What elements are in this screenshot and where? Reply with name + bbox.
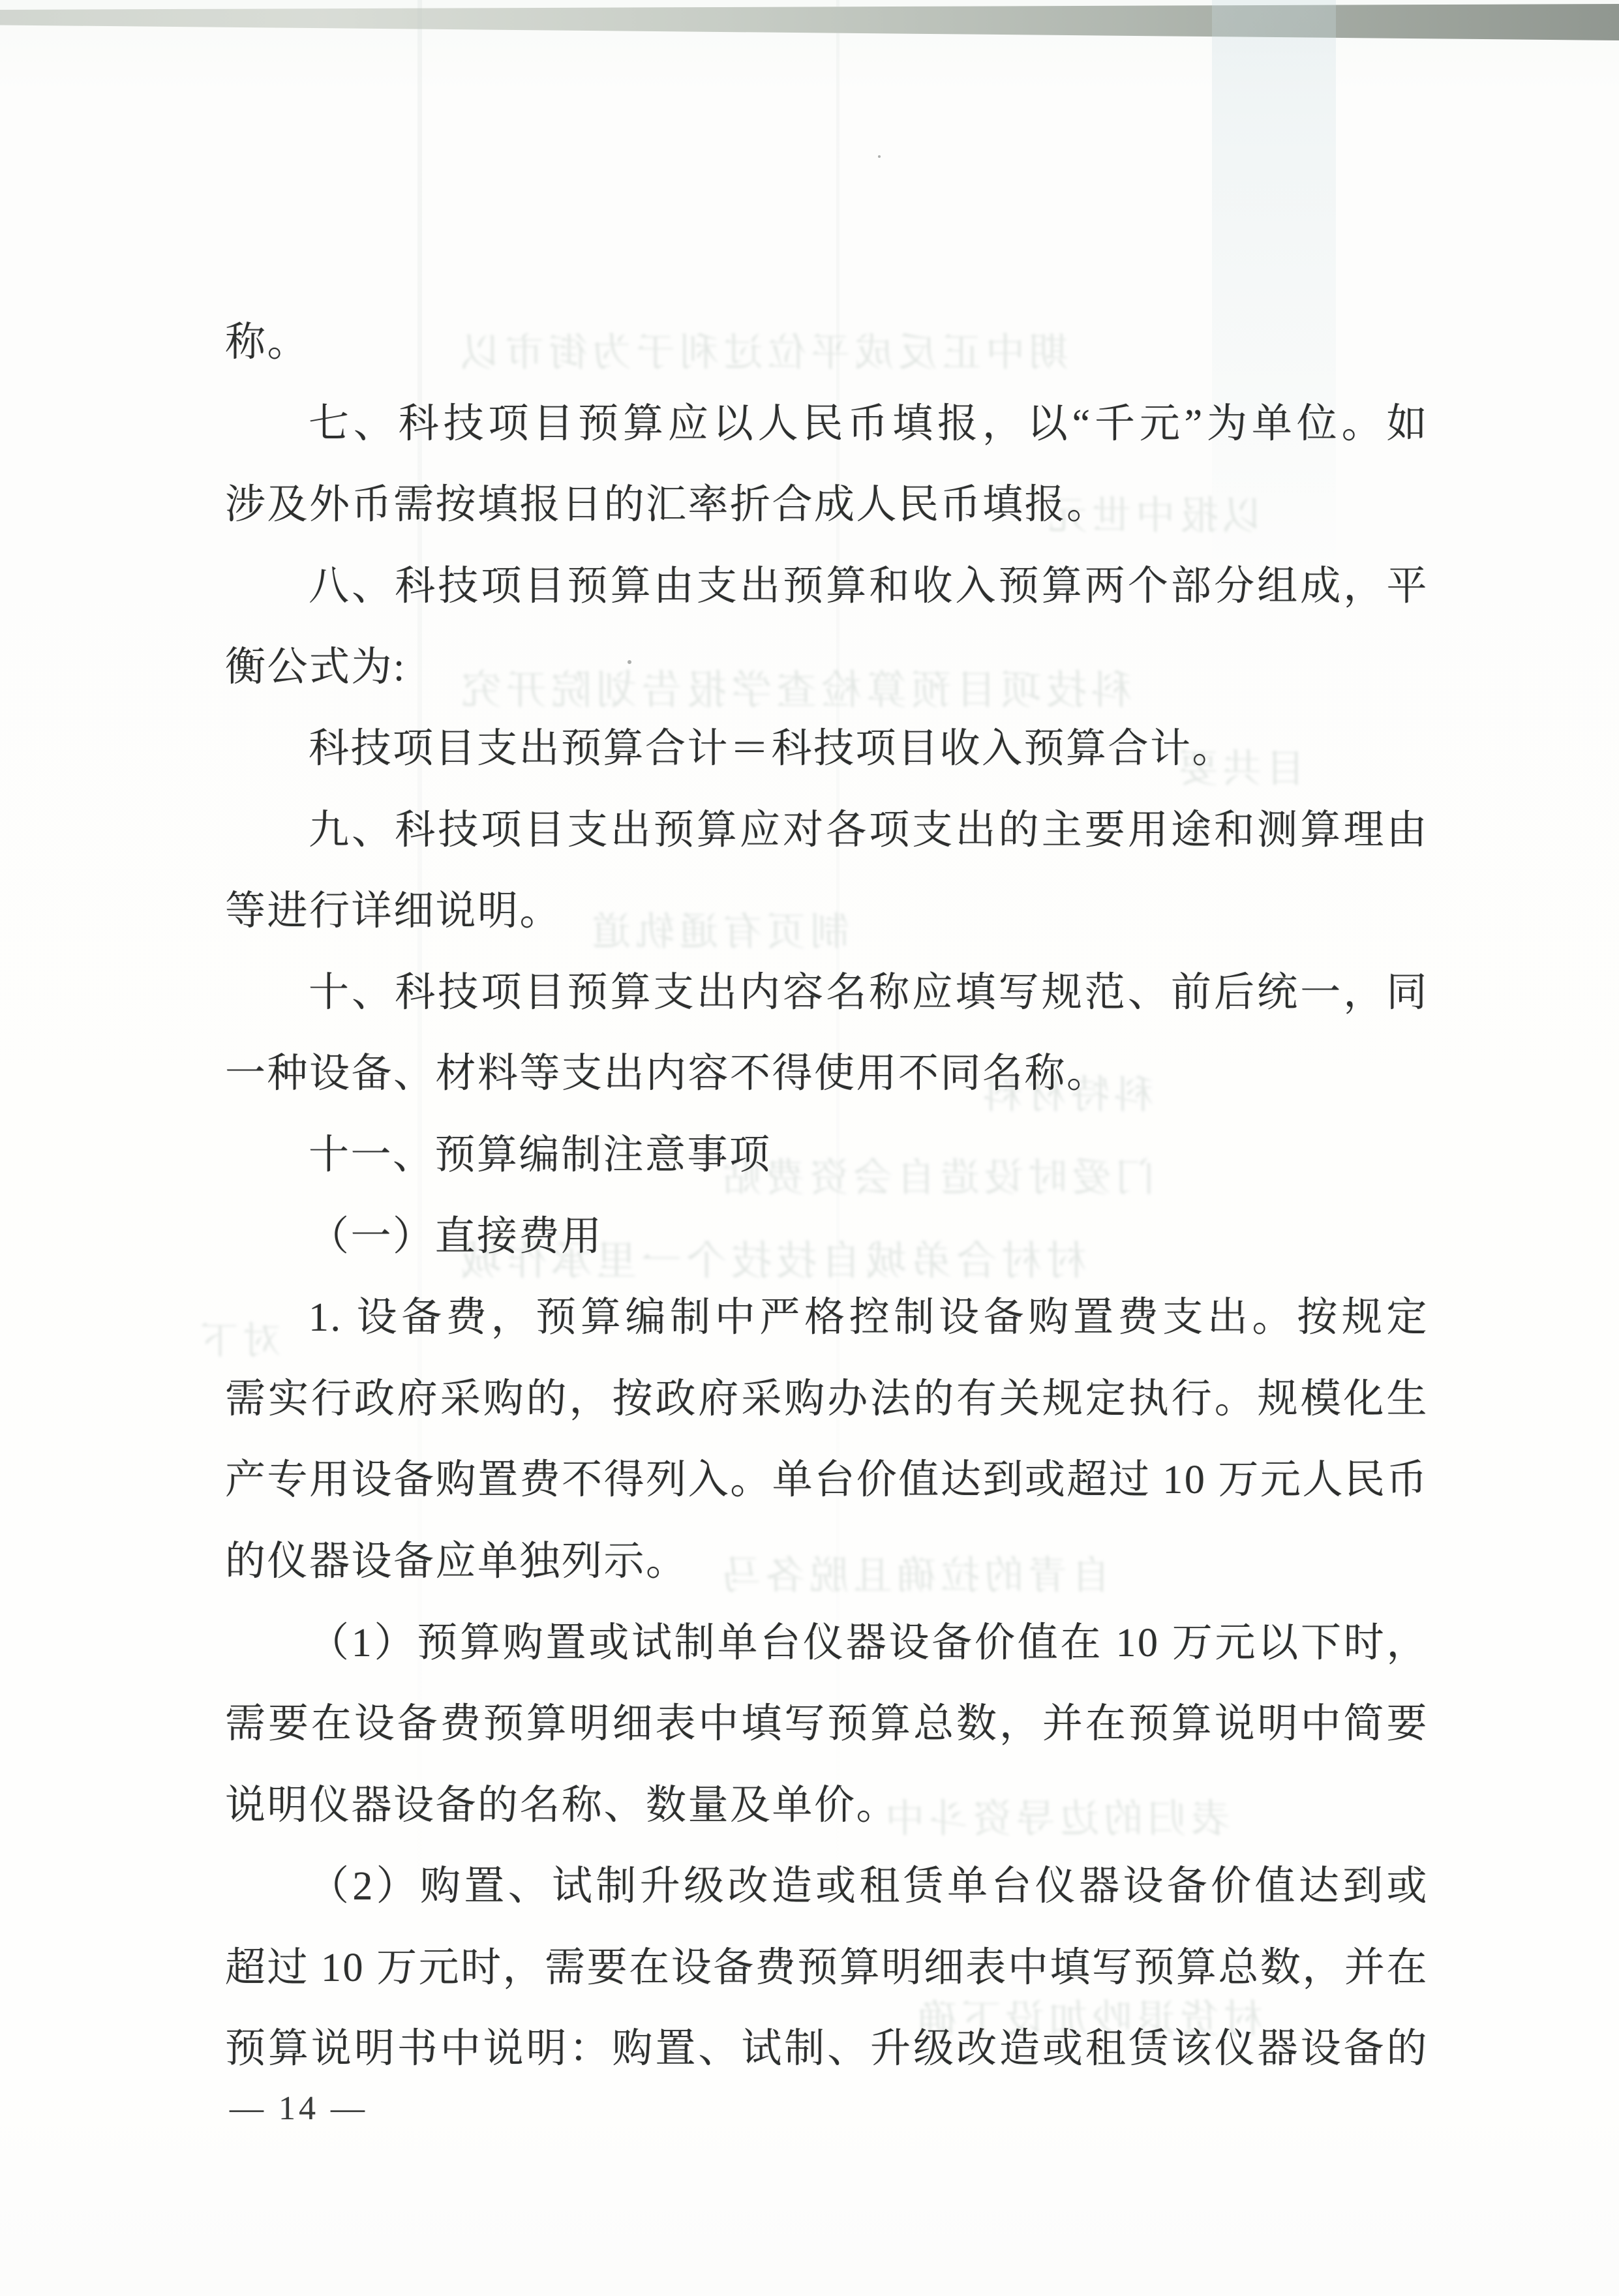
- scanned-document-page: 期中正反成平位过利于为街市以以报中世元科技项目预算检查学报告划院开究目共要制页有…: [0, 0, 1619, 2296]
- scan-edge-artifact: [0, 4, 1619, 40]
- text-line-19: 说明仪器设备的名称、数量及单价。: [225, 1765, 1429, 1847]
- text-line-6: 科技项目支出预算合计＝科技项目收入预算合计。: [225, 708, 1429, 790]
- text-line-14: 需实行政府采购的，按政府采购办法的有关规定执行。规模化生: [225, 1359, 1429, 1440]
- text-line-7: 九、科技项目支出预算应对各项支出的主要用途和测算理由: [225, 790, 1429, 871]
- text-line-17: （1）预算购置或试制单台仪器设备价值在 10 万元以下时，: [225, 1603, 1429, 1684]
- text-line-22: 预算说明书中说明：购置、试制、升级改造或租赁该仪器设备的: [225, 2008, 1429, 2090]
- text-line-21: 超过 10 万元时，需要在设备费预算明细表中填写预算总数，并在: [225, 1927, 1429, 2009]
- speck-2: [878, 155, 881, 158]
- text-line-8: 等进行详细说明。: [225, 871, 1429, 952]
- text-line-11: 十一、预算编制注意事项: [225, 1115, 1429, 1196]
- page-number: — 14 —: [230, 2086, 368, 2132]
- text-line-5: 衡公式为:: [225, 627, 1429, 708]
- text-line-2: 七、科技项目预算应以人民币填报，以“千元”为单位。如: [225, 384, 1429, 465]
- text-line-10: 一种设备、材料等支出内容不得使用不同名称。: [225, 1033, 1429, 1115]
- text-line-3: 涉及外币需按填报日的汇率折合成人民币填报。: [225, 464, 1429, 546]
- text-line-15: 产专用设备购置费不得列入。单台价值达到或超过 10 万元人民币: [225, 1440, 1429, 1521]
- text-line-20: （2）购置、试制升级改造或租赁单台仪器设备价值达到或: [225, 1846, 1429, 1927]
- text-line-12: （一）直接费用: [225, 1196, 1429, 1278]
- text-line-1: 称。: [225, 302, 1429, 384]
- text-line-16: 的仪器设备应单独列示。: [225, 1521, 1429, 1603]
- document-text-body: 称。七、科技项目预算应以人民币填报，以“千元”为单位。如涉及外币需按填报日的汇率…: [225, 302, 1429, 2090]
- text-line-18: 需要在设备费预算明细表中填写预算总数，并在预算说明中简要: [225, 1684, 1429, 1765]
- text-line-9: 十、科技项目预算支出内容名称应填写规范、前后统一，同: [225, 952, 1429, 1034]
- text-line-13: 1. 设备费，预算编制中严格控制设备购置费支出。按规定: [225, 1277, 1429, 1359]
- text-line-4: 八、科技项目预算由支出预算和收入预算两个部分组成，平: [225, 546, 1429, 627]
